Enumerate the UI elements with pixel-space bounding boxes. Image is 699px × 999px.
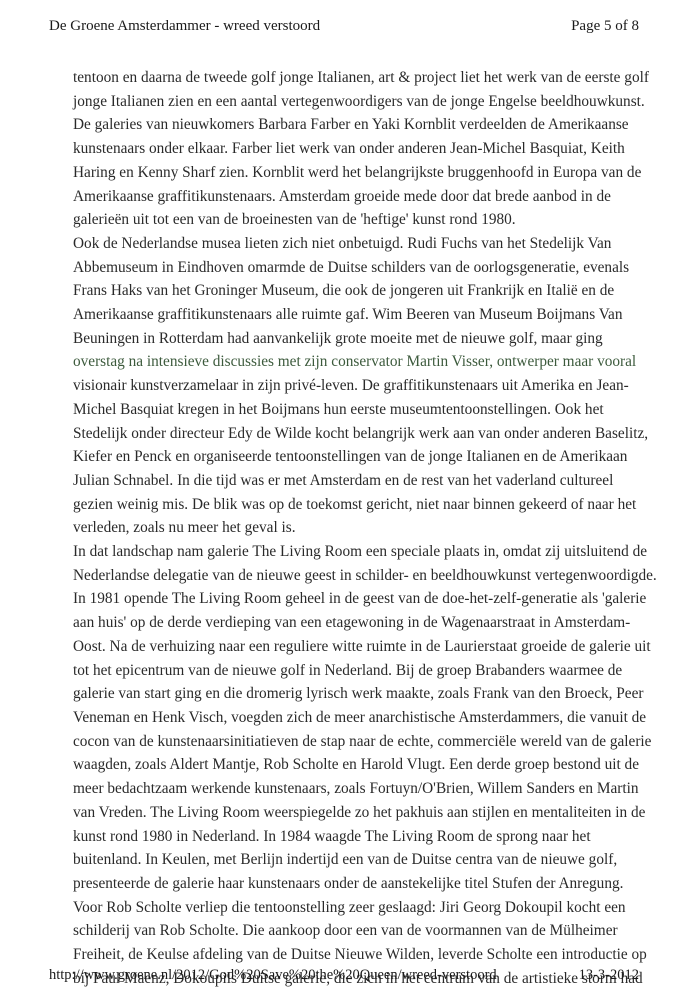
page-header: De Groene Amsterdammer - wreed verstoord… [49,18,639,40]
text-line: Voor Rob Scholte verliep die tentoonstel… [73,896,648,920]
text-line: cocon van de kunstenaarsinitiatieven de … [73,730,648,754]
text-line: visionair kunstverzamelaar in zijn privé… [73,374,648,398]
text-line: Oost. Na de verhuizing naar een regulier… [73,635,648,659]
text-line: In dat landschap nam galerie The Living … [73,540,648,564]
page-footer: http://www.groene.nl/2012/God%20Save%20t… [49,967,639,984]
document-title: De Groene Amsterdammer - wreed verstoord [49,18,320,35]
text-line: galerieën uit tot een van de broeinesten… [73,208,648,232]
text-line: buitenland. In Keulen, met Berlijn inder… [73,848,648,872]
text-line: Nederlandse delegatie van de nieuwe gees… [73,564,648,588]
text-line: Frans Haks van het Groninger Museum, die… [73,279,648,303]
text-line: presenteerde de galerie haar kunstenaars… [73,872,648,896]
text-line: Beuningen in Rotterdam had aanvankelijk … [73,327,648,351]
text-line: Amerikaanse graffitikunstenaars alle rui… [73,303,648,327]
text-line: tentoon en daarna de tweede golf jonge I… [73,66,648,90]
text-line: galerie van start ging en die dromerig l… [73,682,648,706]
text-line: Ook de Nederlandse musea lieten zich nie… [73,232,648,256]
source-url: http://www.groene.nl/2012/God%20Save%20t… [49,967,497,984]
text-line: Abbemuseum in Eindhoven omarmde de Duits… [73,256,648,280]
text-line: kunst rond 1980 in Nederland. In 1984 wa… [73,825,648,849]
text-line: aan huis' op de derde verdieping van een… [73,611,648,635]
text-line: Freiheit, de Keulse afdeling van de Duit… [73,943,648,967]
text-line: Julian Schnabel. In die tijd was er met … [73,469,648,493]
text-line: gezien weinig mis. De blik was op de toe… [73,493,648,517]
text-line: Michel Basquiat kregen in het Boijmans h… [73,398,648,422]
text-line: Amerikaanse graffitikunstenaars. Amsterd… [73,185,648,209]
print-date: 13-3-2012 [579,967,639,984]
text-line: van Vreden. The Living Room weerspiegeld… [73,801,648,825]
text-line: meer bedachtzaam werkende kunstenaars, z… [73,777,648,801]
text-line: overstag na intensieve discussies met zi… [73,350,648,374]
text-line: Kiefer en Penck en organiseerde tentoons… [73,445,648,469]
text-line: Stedelijk onder directeur Edy de Wilde k… [73,422,648,446]
text-line: In 1981 opende The Living Room geheel in… [73,587,648,611]
text-line: De galeries van nieuwkomers Barbara Farb… [73,113,648,137]
text-line: jonge Italianen zien en een aantal verte… [73,90,648,114]
text-line: tot het epicentrum van de nieuwe golf in… [73,659,648,683]
text-line: waagden, zoals Aldert Mantje, Rob Scholt… [73,753,648,777]
text-line: Veneman en Henk Visch, voegden zich de m… [73,706,648,730]
text-line: kunstenaars onder elkaar. Farber liet we… [73,137,648,161]
text-line: schilderij van Rob Scholte. Die aankoop … [73,919,648,943]
page-indicator: Page 5 of 8 [571,18,639,35]
article-body: tentoon en daarna de tweede golf jonge I… [73,66,648,990]
text-line: verleden, zoals nu meer het geval is. [73,516,648,540]
text-line: Haring en Kenny Sharf zien. Kornblit wer… [73,161,648,185]
